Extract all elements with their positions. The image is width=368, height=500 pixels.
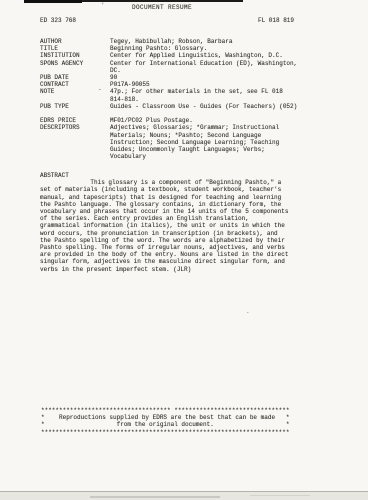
scanned-document-page: ' DOCUMENT RESUME ED 323 768 FL 018 819 … <box>0 0 368 500</box>
field-label: DESCRIPTORS <box>40 124 110 131</box>
field-label: CONTRACT <box>40 81 110 88</box>
field-row-pub-type: PUB TYPE Guides - Classroom Use - Guides… <box>40 103 302 110</box>
field-row-contract: CONTRACT P017A-90055 <box>40 81 302 88</box>
field-value: MF01/PC02 Plus Postage. <box>110 117 193 124</box>
field-row-institution: INSTITUTION Center for Applied Linguisti… <box>40 52 302 59</box>
field-label: NOTE <box>40 88 110 95</box>
id-row: ED 323 768 FL 018 819 <box>40 17 294 24</box>
field-label: PUB DATE <box>40 74 110 81</box>
scan-noise-mark: ' <box>101 2 105 9</box>
field-row-spons-agency: SPONS AGENCY Center for International Ed… <box>40 60 302 74</box>
edrs-reproduction-notice: ************************************ ***… <box>41 407 289 436</box>
eric-document-number: ED 323 768 <box>40 17 76 24</box>
field-value: Tegey, Habibullah; Robson, Barbara <box>110 38 232 45</box>
field-value: 47p.; For other materials in the set, se… <box>110 88 283 102</box>
abstract-text: This glossary is a component of "Beginni… <box>40 179 302 273</box>
field-row-descriptors: DESCRIPTORS Adjectives; Glossaries; *Gra… <box>40 124 302 160</box>
field-value: Beginning Pashto: Glossary. <box>110 45 207 52</box>
scan-noise-mark: . <box>246 308 250 315</box>
field-label: AUTHOR <box>40 38 110 45</box>
bibliographic-fields: AUTHOR Tegey, Habibullah; Robson, Barbar… <box>40 38 302 273</box>
clearinghouse-accession-number: FL 018 819 <box>258 17 294 24</box>
field-value: Center for Applied Linguistics, Washingt… <box>110 52 283 59</box>
field-label: EDRS PRICE <box>40 117 110 124</box>
scan-smudge <box>250 495 310 496</box>
scan-artifact-bottom-edge <box>0 491 368 500</box>
field-row-pub-date: PUB DATE 90 <box>40 74 302 81</box>
abstract-label: ABSTRACT <box>40 172 302 179</box>
field-row-author: AUTHOR Tegey, Habibullah; Robson, Barbar… <box>40 38 302 45</box>
field-value: Center for International Education (ED),… <box>110 60 297 74</box>
field-label: INSTITUTION <box>40 52 110 59</box>
field-value: 90 <box>110 74 117 81</box>
field-label: TITLE <box>40 45 110 52</box>
scan-smudge <box>90 496 220 498</box>
field-row-note: NOTE 47p.; For other materials in the se… <box>40 88 302 102</box>
field-value: P017A-90055 <box>110 81 150 88</box>
field-row-title: TITLE Beginning Pashto: Glossary. <box>40 45 302 52</box>
field-value: Guides - Classroom Use - Guides (For Tea… <box>110 103 297 110</box>
field-label: PUB TYPE <box>40 103 110 110</box>
field-value: Adjectives; Glossaries; *Grammar; Instru… <box>110 124 279 160</box>
field-label: SPONS AGENCY <box>40 60 110 67</box>
document-resume-header: DOCUMENT RESUME <box>112 4 212 11</box>
field-row-edrs-price: EDRS PRICE MF01/PC02 Plus Postage. <box>40 117 302 124</box>
scan-artifact-top-line-thick <box>24 0 82 3</box>
abstract-section: ABSTRACT This glossary is a component of… <box>40 172 302 273</box>
